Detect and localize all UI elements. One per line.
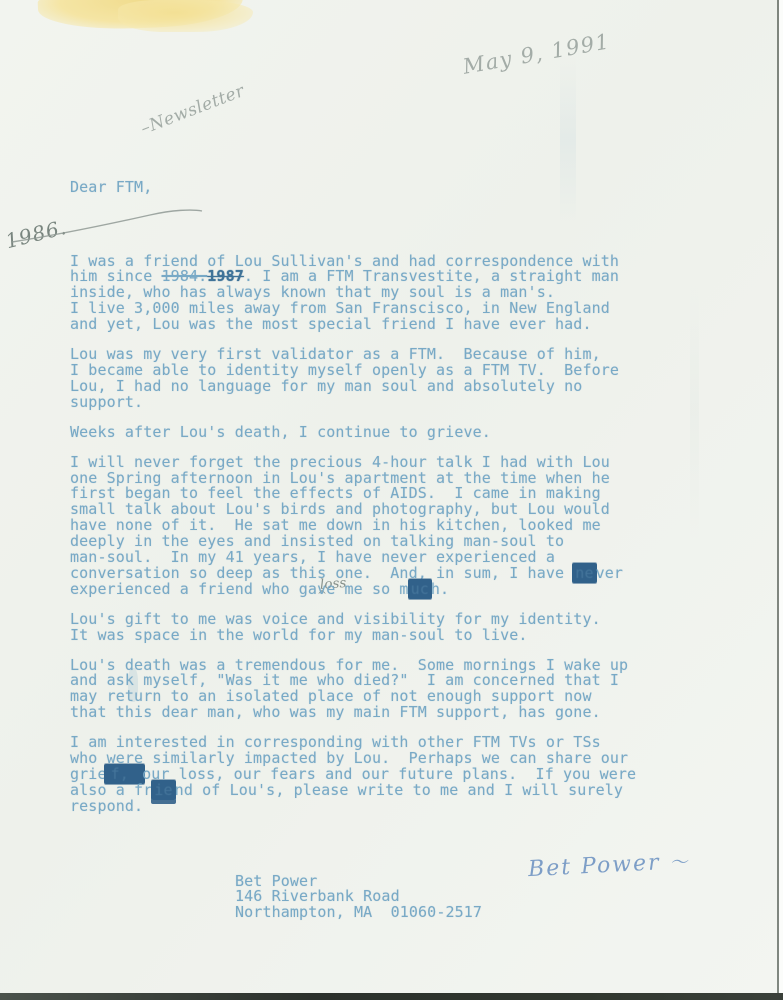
typed-line: Weeks after Lou's death, I continue to g… [70, 425, 730, 441]
typed-text: experienced a friend who gave me so m [70, 580, 409, 598]
signature-flourish: 〜 [669, 852, 688, 874]
scanned-letter-page: May 9, 1991 –Newsletter 1986. loss ^ Dea… [0, 0, 783, 1000]
typed-line: Lou, I had no language for my man soul a… [70, 379, 730, 395]
paragraph-1: I was a friend of Lou Sullivan's and had… [70, 254, 730, 334]
typed-text: It was space in the world for my man-sou… [70, 626, 528, 644]
typed-text: that this dear man, who was my main FTM … [70, 703, 601, 721]
scan-edge-bottom [0, 993, 783, 1000]
typed-line: also a friend of Lou's, please write to … [70, 783, 730, 799]
typed-line: and yet, Lou was the most special friend… [70, 317, 730, 333]
paragraph-7: I am interested in corresponding with ot… [70, 735, 730, 815]
typed-text: h. [431, 580, 449, 598]
typed-text: support. [70, 393, 143, 411]
typed-text: Weeks after Lou's death, I continue to g… [70, 423, 491, 441]
newsletter-annotation: –Newsletter [138, 81, 247, 139]
typed-text: Lou, I had no language for my man soul a… [70, 377, 582, 395]
typed-line: It was space in the world for my man-sou… [70, 628, 730, 644]
paragraph-4: I will never forget the precious 4-hour … [70, 455, 730, 598]
handwritten-date: May 9, 1991 [461, 29, 612, 79]
scan-edge [779, 0, 783, 1000]
typed-line: support. [70, 395, 730, 411]
typed-line: that this dear man, who was my main FTM … [70, 705, 730, 721]
ink-redaction: ne [572, 563, 596, 583]
paragraph-6: Lou's death was a tremendous for me. Som… [70, 658, 730, 722]
address-line: Northampton, MA 01060-2517 [235, 905, 730, 921]
typed-line: experienced a friend who gave me so much… [70, 582, 730, 598]
ink-redaction: uc [408, 579, 432, 599]
salutation: Dear FTM, [70, 180, 730, 196]
typed-line: respond. [70, 799, 730, 815]
typed-text: ver [596, 564, 623, 582]
paragraph-5: Lou's gift to me was voice and visibilit… [70, 612, 730, 644]
paragraph-3: Weeks after Lou's death, I continue to g… [70, 425, 730, 441]
letter-body: I was a friend of Lou Sullivan's and had… [70, 254, 730, 815]
typed-text: respond. [70, 797, 143, 815]
paper-edge-line [777, 0, 779, 1000]
letter: Dear FTM, I was a friend of Lou Sullivan… [70, 148, 730, 953]
typed-text: nd of Lou's, please write to me and I wi… [175, 781, 623, 799]
typed-text: and yet, Lou was the most special friend… [70, 315, 592, 333]
ink-redaction: ie [151, 780, 175, 800]
address-block: Bet Power146 Riverbank RoadNorthampton, … [70, 874, 730, 922]
tape-stain-overlay [118, 0, 253, 32]
paragraph-2: Lou was my very first validator as a FTM… [70, 347, 730, 411]
margin-year-annotation: 1986. [3, 215, 69, 253]
